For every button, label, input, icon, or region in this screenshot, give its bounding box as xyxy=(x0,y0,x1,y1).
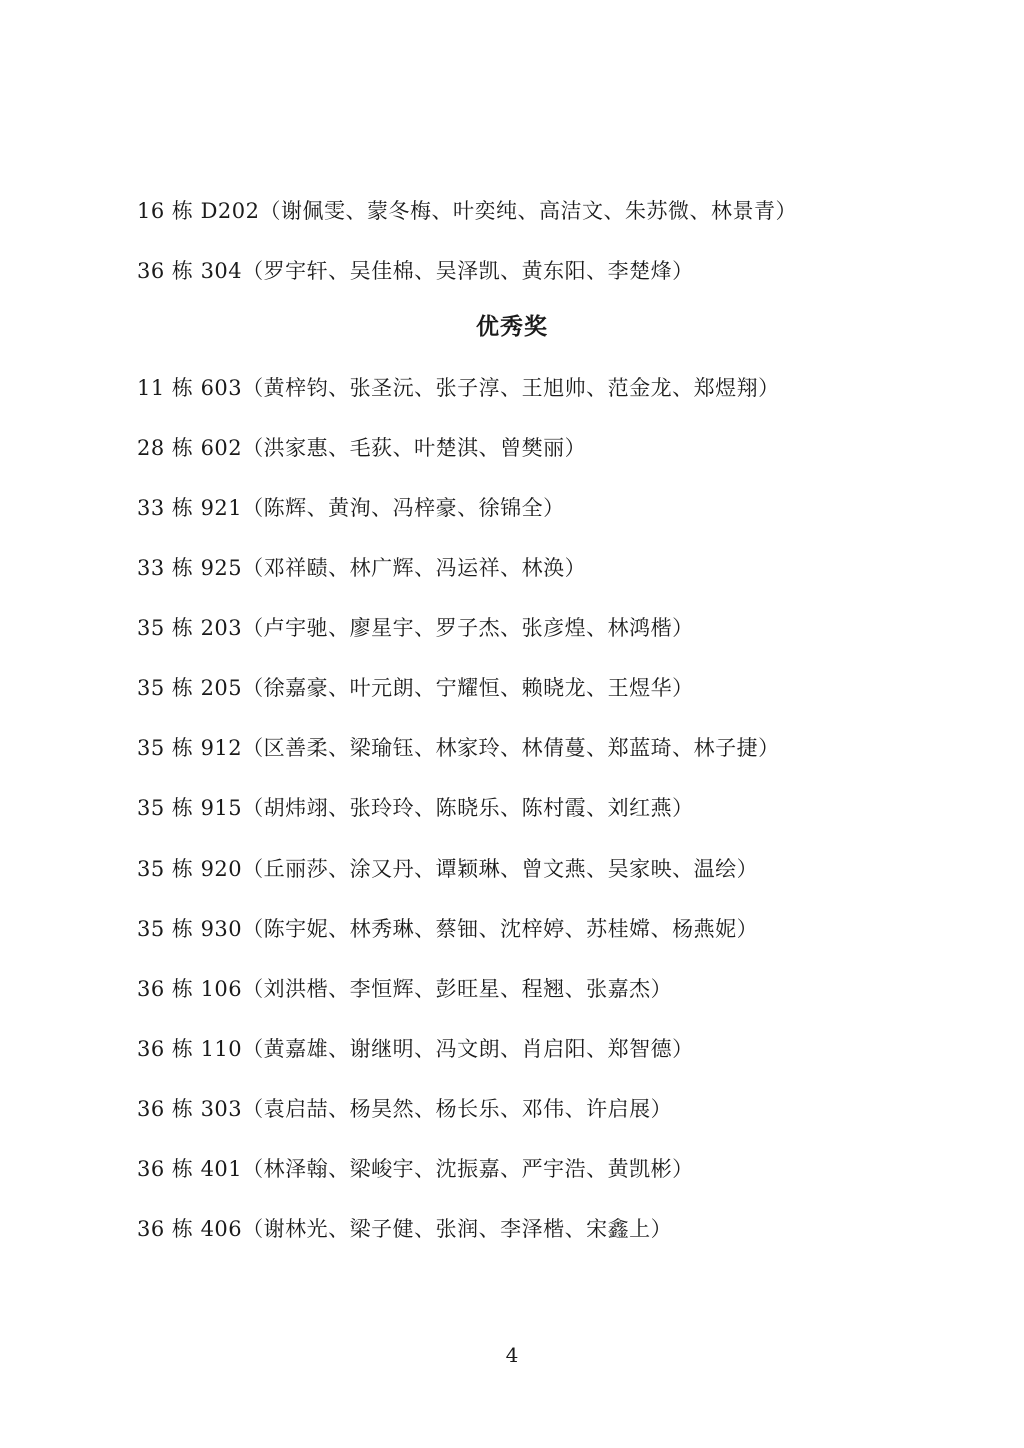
list-item: 35 栋 203（卢宇驰、廖星宇、罗子杰、张彦煌、林鸿楷） xyxy=(137,613,694,643)
list-item: 16 栋 D202（谢佩雯、蒙冬梅、叶奕纯、高洁文、朱苏微、林景青） xyxy=(137,196,797,226)
member-names: （区善柔、梁瑜钰、林家玲、林倩蔓、郑蓝琦、林子捷） xyxy=(242,736,780,760)
list-item: 35 栋 205（徐嘉豪、叶元朗、宁耀恒、赖晓龙、王煜华） xyxy=(137,673,694,703)
room-label: 36 栋 110 xyxy=(137,1037,242,1061)
member-names: （罗宇轩、吴佳棉、吴泽凯、黄东阳、李楚烽） xyxy=(242,259,694,283)
member-names: （黄嘉雄、谢继明、冯文朗、肖启阳、郑智德） xyxy=(242,1037,694,1061)
member-names: （丘丽莎、涂又丹、谭颖琳、曾文燕、吴家映、温绘） xyxy=(242,857,758,881)
room-label: 28 栋 602 xyxy=(137,436,242,460)
member-names: （袁启喆、杨昊然、杨长乐、邓伟、许启展） xyxy=(242,1097,672,1121)
room-label: 35 栋 205 xyxy=(137,676,242,700)
member-names: （徐嘉豪、叶元朗、宁耀恒、赖晓龙、王煜华） xyxy=(242,676,694,700)
room-label: 36 栋 401 xyxy=(137,1157,242,1181)
member-names: （洪家惠、毛荻、叶楚淇、曾樊丽） xyxy=(242,436,586,460)
member-names: （陈宇妮、林秀琳、蔡钿、沈梓婷、苏桂嫦、杨燕妮） xyxy=(242,917,758,941)
list-item: 36 栋 106（刘洪楷、李恒辉、彭旺星、程翘、张嘉杰） xyxy=(137,974,672,1004)
room-label: 33 栋 921 xyxy=(137,496,242,520)
room-label: 35 栋 203 xyxy=(137,616,242,640)
member-names: （谢林光、梁子健、张润、李泽楷、宋鑫上） xyxy=(242,1217,672,1241)
member-names: （黄梓钧、张圣沅、张子淳、王旭帅、范金龙、郑煜翔） xyxy=(242,376,780,400)
list-item: 11 栋 603（黄梓钧、张圣沅、张子淳、王旭帅、范金龙、郑煜翔） xyxy=(137,373,780,403)
list-item: 35 栋 930（陈宇妮、林秀琳、蔡钿、沈梓婷、苏桂嫦、杨燕妮） xyxy=(137,914,758,944)
page-number: 4 xyxy=(0,1341,1024,1369)
list-item: 33 栋 925（邓祥赜、林广辉、冯运祥、林涣） xyxy=(137,553,586,583)
member-names: （邓祥赜、林广辉、冯运祥、林涣） xyxy=(242,556,586,580)
list-item: 33 栋 921（陈辉、黄洵、冯梓豪、徐锦全） xyxy=(137,493,565,523)
list-item: 36 栋 303（袁启喆、杨昊然、杨长乐、邓伟、许启展） xyxy=(137,1094,672,1124)
room-label: 35 栋 912 xyxy=(137,736,242,760)
list-item: 28 栋 602（洪家惠、毛荻、叶楚淇、曾樊丽） xyxy=(137,433,586,463)
list-item: 36 栋 110（黄嘉雄、谢继明、冯文朗、肖启阳、郑智德） xyxy=(137,1034,694,1064)
list-item: 36 栋 406（谢林光、梁子健、张润、李泽楷、宋鑫上） xyxy=(137,1214,672,1244)
list-item: 35 栋 915（胡炜翊、张玲玲、陈晓乐、陈村霞、刘红燕） xyxy=(137,793,694,823)
list-item: 35 栋 920（丘丽莎、涂又丹、谭颖琳、曾文燕、吴家映、温绘） xyxy=(137,854,758,884)
member-names: （刘洪楷、李恒辉、彭旺星、程翘、张嘉杰） xyxy=(242,977,672,1001)
room-label: 35 栋 930 xyxy=(137,917,242,941)
room-label: 11 栋 603 xyxy=(137,376,242,400)
list-item: 35 栋 912（区善柔、梁瑜钰、林家玲、林倩蔓、郑蓝琦、林子捷） xyxy=(137,733,780,763)
room-label: 36 栋 303 xyxy=(137,1097,242,1121)
list-item: 36 栋 304（罗宇轩、吴佳棉、吴泽凯、黄东阳、李楚烽） xyxy=(137,256,694,286)
member-names: （林泽翰、梁峻宇、沈振嘉、严宇浩、黄凯彬） xyxy=(242,1157,694,1181)
list-item: 36 栋 401（林泽翰、梁峻宇、沈振嘉、严宇浩、黄凯彬） xyxy=(137,1154,694,1184)
section-heading: 优秀奖 xyxy=(0,312,1024,342)
member-names: （胡炜翊、张玲玲、陈晓乐、陈村霞、刘红燕） xyxy=(242,796,694,820)
room-label: 36 栋 304 xyxy=(137,259,242,283)
member-names: （陈辉、黄洵、冯梓豪、徐锦全） xyxy=(242,496,565,520)
room-label: 35 栋 920 xyxy=(137,857,242,881)
room-label: 33 栋 925 xyxy=(137,556,242,580)
member-names: （谢佩雯、蒙冬梅、叶奕纯、高洁文、朱苏微、林景青） xyxy=(260,199,798,223)
room-label: 35 栋 915 xyxy=(137,796,242,820)
document-page: 16 栋 D202（谢佩雯、蒙冬梅、叶奕纯、高洁文、朱苏微、林景青） 36 栋 … xyxy=(0,0,1024,1448)
member-names: （卢宇驰、廖星宇、罗子杰、张彦煌、林鸿楷） xyxy=(242,616,694,640)
room-label: 36 栋 106 xyxy=(137,977,242,1001)
room-label: 16 栋 D202 xyxy=(137,199,260,223)
room-label: 36 栋 406 xyxy=(137,1217,242,1241)
